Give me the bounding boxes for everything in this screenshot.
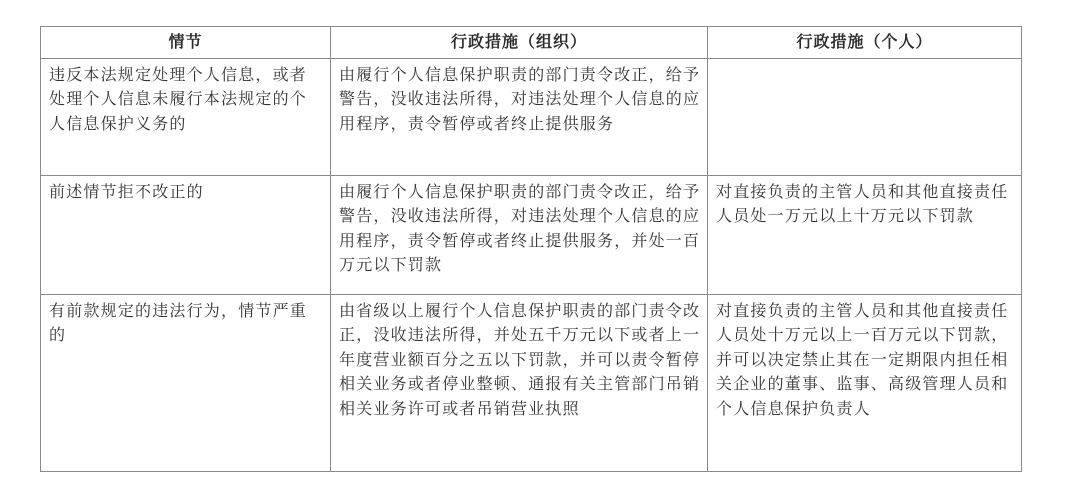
table-row: 有前款规定的违法行为，情节严重的 由省级以上履行个人信息保护职责的部门责令改正，… [41, 294, 1022, 471]
table-header-row: 情节 行政措施（组织） 行政措施（个人） [41, 27, 1022, 59]
cell-individual-measure [708, 58, 1022, 175]
cell-organization-measure: 由省级以上履行个人信息保护职责的部门责令改正，没收违法所得，并处五千万元以下或者… [331, 294, 708, 471]
cell-circumstance: 前述情节拒不改正的 [41, 175, 331, 294]
cell-individual-measure: 对直接负责的主管人员和其他直接责任人员处一万元以上十万元以下罚款 [708, 175, 1022, 294]
document-page: 情节 行政措施（组织） 行政措施（个人） 违反本法规定处理个人信息，或者处理个人… [0, 0, 1080, 499]
header-organization-measure: 行政措施（组织） [331, 27, 708, 59]
table-row: 违反本法规定处理个人信息，或者处理个人信息未履行本法规定的个人信息保护义务的 由… [41, 58, 1022, 175]
cell-circumstance: 违反本法规定处理个人信息，或者处理个人信息未履行本法规定的个人信息保护义务的 [41, 58, 331, 175]
header-circumstance: 情节 [41, 27, 331, 59]
cell-organization-measure: 由履行个人信息保护职责的部门责令改正，给予警告，没收违法所得，对违法处理个人信息… [331, 58, 708, 175]
penalty-table: 情节 行政措施（组织） 行政措施（个人） 违反本法规定处理个人信息，或者处理个人… [40, 26, 1022, 472]
cell-circumstance: 有前款规定的违法行为，情节严重的 [41, 294, 331, 471]
table-row: 前述情节拒不改正的 由履行个人信息保护职责的部门责令改正，给予警告，没收违法所得… [41, 175, 1022, 294]
cell-organization-measure: 由履行个人信息保护职责的部门责令改正，给予警告，没收违法所得，对违法处理个人信息… [331, 175, 708, 294]
header-individual-measure: 行政措施（个人） [708, 27, 1022, 59]
cell-individual-measure: 对直接负责的主管人员和其他直接责任人员处十万元以上一百万元以下罚款，并可以决定禁… [708, 294, 1022, 471]
